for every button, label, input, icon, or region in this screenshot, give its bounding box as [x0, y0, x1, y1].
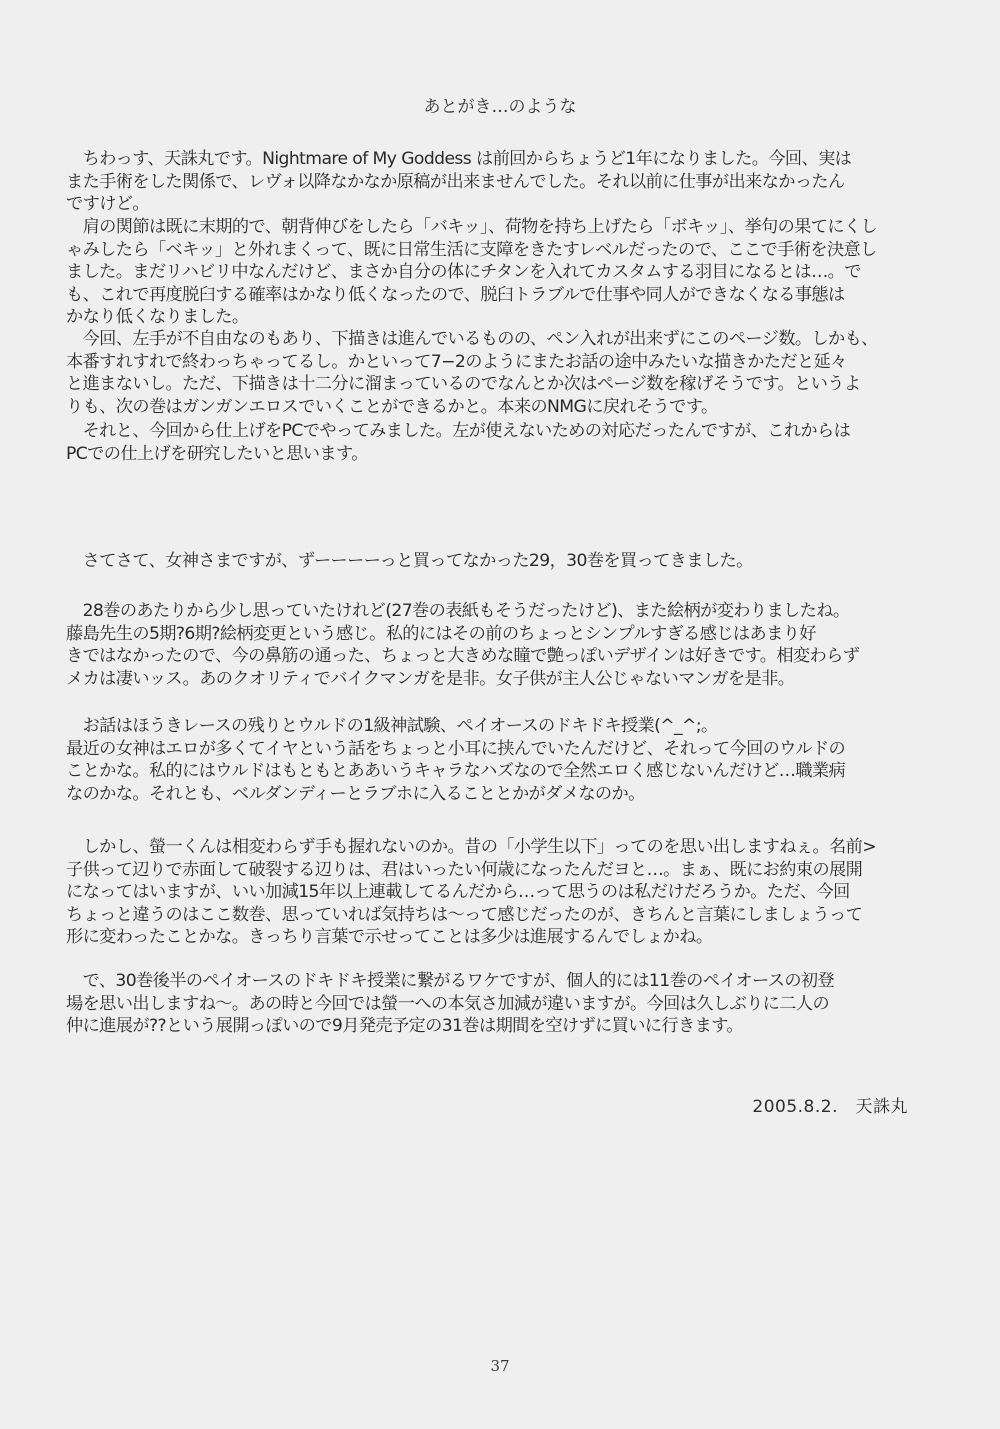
text-line: 最近の女神はエロが多くてイヤという話をちょっと小耳に挟んでいたんだけど、それって… [66, 738, 938, 761]
text-line: 肩の関節は既に末期的で、朝背伸びをしたら「バキッ」、荷物を持ち上げたら「ボキッ」… [66, 216, 938, 239]
text-line: きではなかったので、今の鼻筋の通った、ちょっと大きめな瞳で艶っぽいデザインは好き… [66, 645, 938, 668]
text-line: 場を思い出しますね〜。あの時と今回では螢一への本気さ加減が違いますが。今回は久し… [66, 993, 938, 1016]
paragraph-shoulder-surgery: 肩の関節は既に末期的で、朝背伸びをしたら「バキッ」、荷物を持ち上げたら「ボキッ」… [66, 216, 938, 329]
paragraph-story: お話はほうきレースの残りとウルドの1級神試験、ペイオースのドキドキ授業(^_^;… [66, 715, 938, 805]
manga-afterword-page: あとがき…のような ちわっす、天誅丸です。Nightmare of My God… [0, 0, 1000, 1429]
paragraph-goddess-volumes: さてさて、女神さまですが、ずーーーーっと買ってなかった29，30巻を買ってきまし… [66, 550, 938, 573]
text-line: ちわっす、天誅丸です。Nightmare of My Goddess は前回から… [66, 148, 938, 171]
text-line: かなり低くなりました。 [66, 306, 938, 329]
text-line: ゃみしたら「ベキッ」と外れまくって、既に日常生活に支障をきたすレベルだったので、… [66, 239, 938, 262]
date-signature: 2005.8.2. 天誅丸 [752, 1092, 908, 1117]
text-line: 仲に進展が??という展開っぽいので9月発売予定の31巻は期間を空けずに買いに行き… [66, 1015, 938, 1038]
text-line: メカは凄いッス。あのクオリティでバイクマンガを是非。女子供が主人公じゃないマンガ… [66, 668, 938, 691]
paragraph-keiichi: しかし、螢一くんは相変わらず手も握れないのか。昔の「小学生以下」ってのを思い出し… [66, 836, 938, 949]
paragraph-pc-finishing: それと、今回から仕上げをPCでやってみました。左が使えないための対応だったんです… [66, 420, 938, 465]
text-line: りも、次の巻はガンガンエロスでいくことができるかと。本来のNMGに戻れそうです。 [66, 396, 938, 419]
paragraph-peorth: で、30巻後半のペイオースのドキドキ授業に繋がるワケですが、個人的には11巻のペ… [66, 970, 938, 1038]
text-line: 本番すれすれで終わっちゃってるし。かといって7−2のようにまたお話の途中みたいな… [66, 351, 938, 374]
text-line: お話はほうきレースの残りとウルドの1級神試験、ペイオースのドキドキ授業(^_^;… [66, 715, 938, 738]
text-line: しかし、螢一くんは相変わらず手も握れないのか。昔の「小学生以下」ってのを思い出し… [66, 836, 938, 859]
text-line: 28巻のあたりから少し思っていたけれど(27巻の表紙もそうだったけど)、また絵柄… [66, 600, 938, 623]
text-line: と進まないし。ただ、下描きは十二分に溜まっているのでなんとか次はページ数を稼げそ… [66, 373, 938, 396]
text-line: さてさて、女神さまですが、ずーーーーっと買ってなかった29，30巻を買ってきまし… [66, 550, 938, 573]
text-line: で、30巻後半のペイオースのドキドキ授業に繋がるワケですが、個人的には11巻のペ… [66, 970, 938, 993]
paragraph-page-count: 今回、左手が不自由なのもあり、下描きは進んでいるものの、ペン入れが出来ずにこのペ… [66, 328, 938, 418]
text-line: ちょっと違うのはここ数巻、思っていれば気持ちは〜って感じだったのが、きちんと言葉… [66, 904, 938, 927]
paragraph-art-style: 28巻のあたりから少し思っていたけれど(27巻の表紙もそうだったけど)、また絵柄… [66, 600, 938, 690]
text-line: 形に変わったことかな。きっちり言葉で示せってことは多少は進展するんでしょかね。 [66, 926, 938, 949]
text-line: になってはいますが、いい加減15年以上連載してるんだから…って思うのは私だけだろ… [66, 881, 938, 904]
text-line: PCでの仕上げを研究したいと思います。 [66, 443, 938, 466]
text-line: それと、今回から仕上げをPCでやってみました。左が使えないための対応だったんです… [66, 420, 938, 443]
page-number: 37 [0, 1357, 1000, 1375]
text-line: ですけど。 [66, 193, 938, 216]
page-title: あとがき…のような [0, 92, 1000, 117]
text-line: 子供って辺りで赤面して破裂する辺りは、君はいったい何歳になったんだヨと…。まぁ、… [66, 859, 938, 882]
text-line: 藤島先生の5期?6期?絵柄変更という感じ。私的にはその前のちょっとシンプルすぎる… [66, 623, 938, 646]
text-line: ました。まだリハビリ中なんだけど、まさか自分の体にチタンを入れてカスタムする羽目… [66, 261, 938, 284]
paragraph-intro: ちわっす、天誅丸です。Nightmare of My Goddess は前回から… [66, 148, 938, 216]
text-line: また手術をした関係で、レヴォ以降なかなか原稿が出来ませんでした。それ以前に仕事が… [66, 171, 938, 194]
text-line: も、これで再度脱臼する確率はかなり低くなったので、脱臼トラブルで仕事や同人ができ… [66, 284, 938, 307]
text-line: ことかな。私的にはウルドはもともとああいうキャラなハズなので全然エロく感じないん… [66, 760, 938, 783]
text-line: なのかな。それとも、ベルダンディーとラブホに入ることとかがダメなのか。 [66, 783, 938, 806]
text-line: 今回、左手が不自由なのもあり、下描きは進んでいるものの、ペン入れが出来ずにこのペ… [66, 328, 938, 351]
